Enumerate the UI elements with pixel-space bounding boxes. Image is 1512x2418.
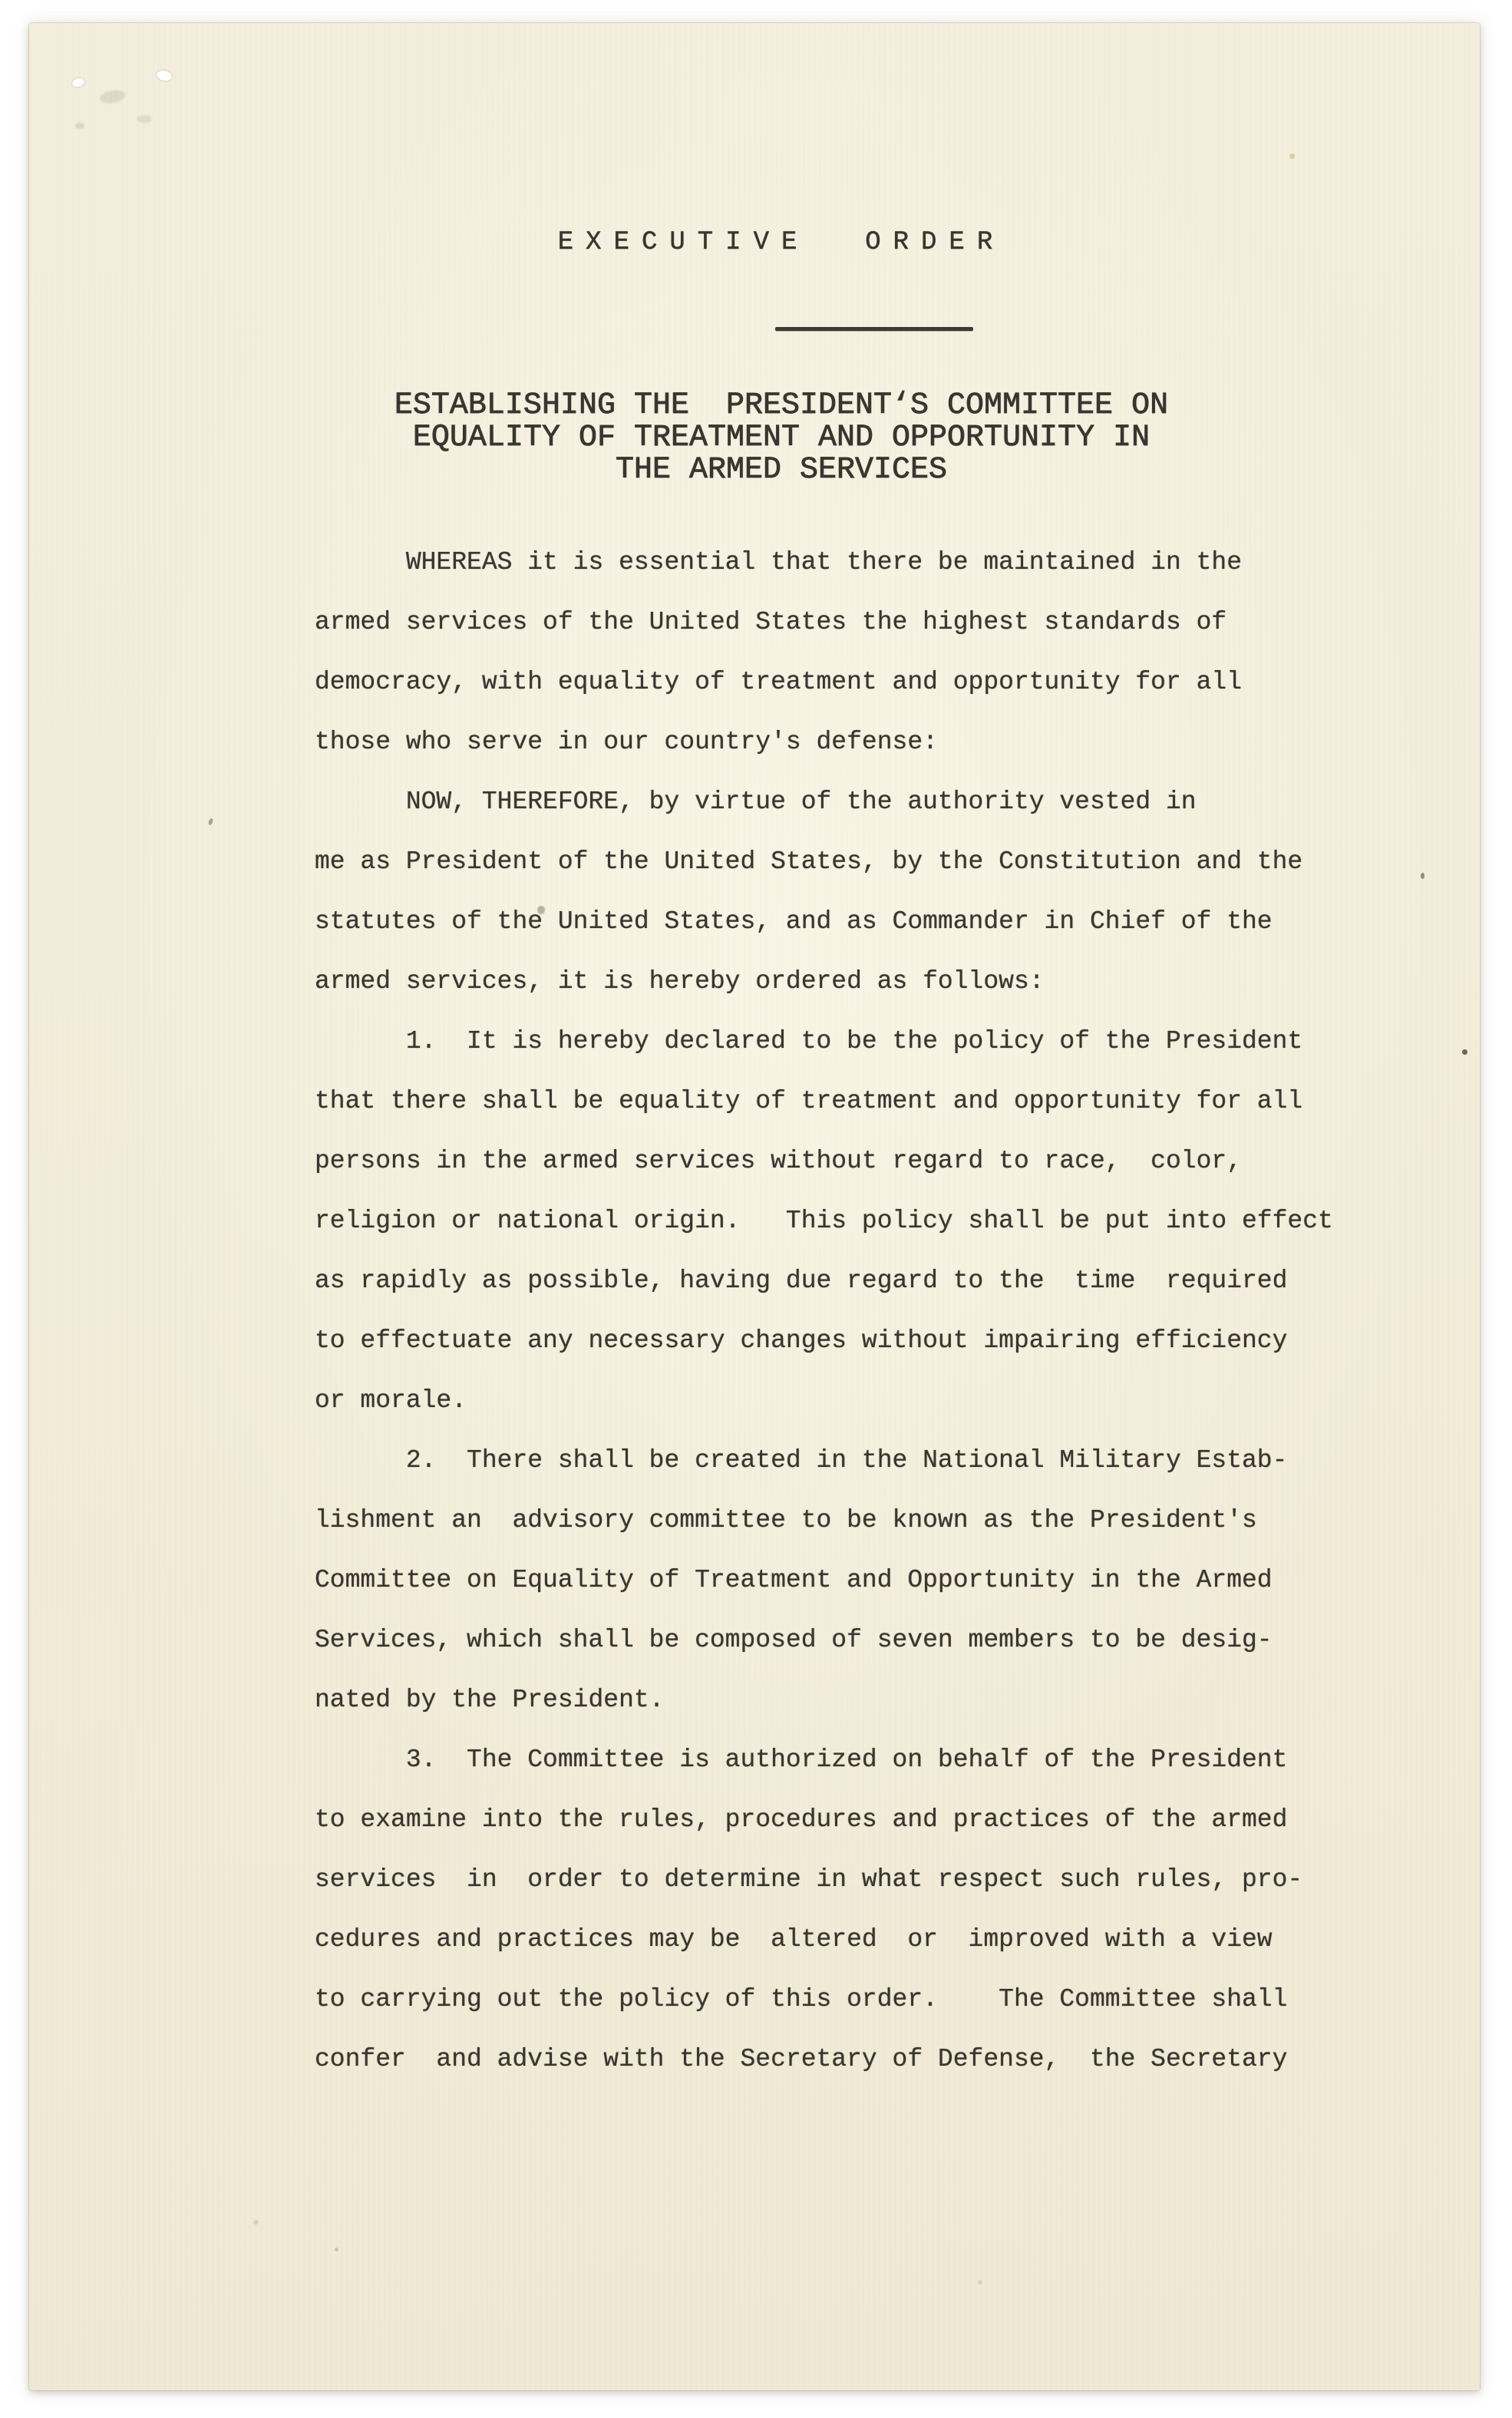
paper-smudge [75,123,84,129]
paragraph-whereas: WHEREAS it is essential that there be ma… [315,533,1358,772]
paper-speck [253,2220,259,2225]
paragraph-section-2: 2. There shall be created in the Nationa… [315,1431,1358,1730]
paragraph-now-therefore: NOW, THEREFORE, by virtue of the authori… [315,772,1358,1012]
paper-smudge [99,88,127,105]
document-title: EXECUTIVE ORDER [282,227,1280,258]
document-body: WHEREAS it is essential that there be ma… [315,533,1358,2089]
paper-smudge [137,115,152,123]
paper-speck [208,818,214,825]
paper-hole-mark [156,69,173,82]
scanned-document-view: EXECUTIVE ORDER ESTABLISHING THE PRESIDE… [0,0,1512,2418]
paper-hole-mark [71,77,86,88]
paper-speck [1289,154,1295,159]
paper-speck [1462,1049,1467,1055]
document-page: EXECUTIVE ORDER ESTABLISHING THE PRESIDE… [29,23,1480,2390]
document-heading: ESTABLISHING THE PRESIDENT‘S COMMITTEE O… [282,390,1280,487]
paper-speck [1421,873,1425,879]
paper-speck [978,2280,982,2284]
paragraph-section-3: 3. The Committee is authorized on behalf… [315,1730,1358,2089]
paper-speck [335,2248,338,2251]
title-divider-rule [775,327,973,331]
paragraph-section-1: 1. It is hereby declared to be the polic… [315,1012,1358,1431]
